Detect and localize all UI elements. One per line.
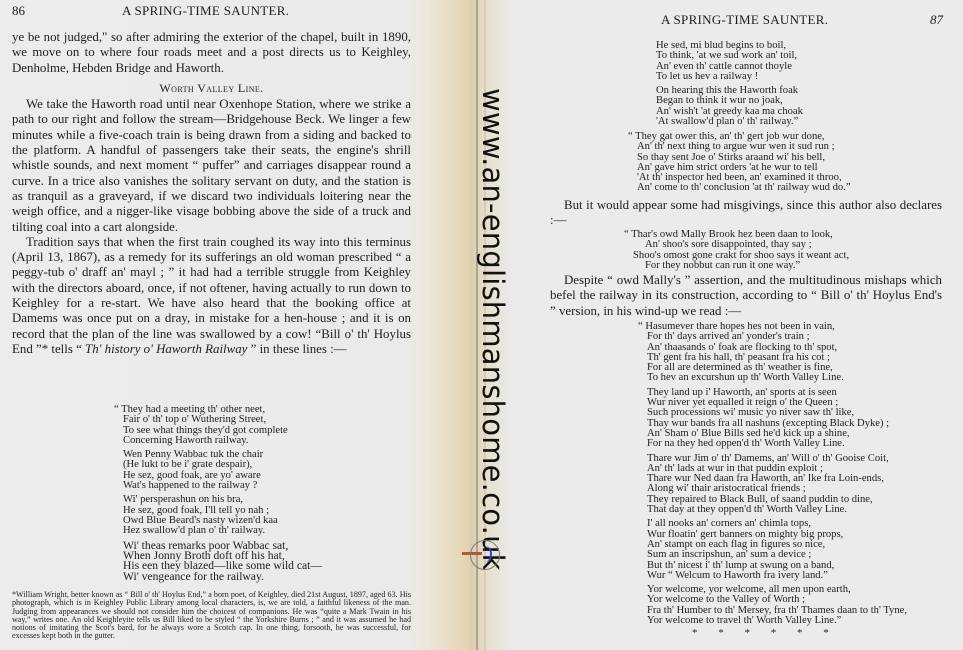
stanza: They land up i' Haworth, an' sports at i… bbox=[638, 388, 907, 450]
poem-2: “ They gat ower this, an' th' gert job w… bbox=[628, 132, 851, 194]
paragraph: We take the Haworth road until near Oxen… bbox=[12, 97, 411, 235]
verse-line: Sum an inscripshun, an' sum a device ; bbox=[638, 550, 907, 560]
paragraph: ye be not judged," so after admiring the… bbox=[12, 30, 411, 76]
section-break: * * * * * * bbox=[692, 627, 838, 639]
verse-line: Wur “ Welcum to Haworth fra ivery land.” bbox=[638, 571, 907, 581]
verse-line: For na they hed oppen'd th' Worth Valley… bbox=[638, 439, 907, 449]
page-number-left: 86 bbox=[12, 3, 25, 19]
verse-line: Wat's happened to the railway ? bbox=[114, 481, 322, 491]
stanza: I' all nooks an' corners an' chimla tops… bbox=[638, 519, 907, 581]
stanza: Wi' theas remarks poor Wabbac sat, When … bbox=[114, 541, 322, 583]
verse-line: 'At swallow'd plan o' th' railway.” bbox=[656, 117, 803, 127]
stanza: He sed, mi blud begins to boil, To think… bbox=[656, 41, 803, 82]
verse-line: Hez swallow'd plan o' th' railway. bbox=[114, 526, 322, 536]
book-spread: 86 A SPRING-TIME SAUNTER. ye be not judg… bbox=[0, 0, 963, 650]
paragraph-text: ” in these lines :— bbox=[247, 342, 346, 356]
footnote: *William Wright, better known as “ Bill … bbox=[12, 591, 411, 641]
stanza: “ Hasumever thare hopes hes not been in … bbox=[638, 322, 907, 384]
section-heading: Worth Valley Line. bbox=[12, 81, 411, 96]
verse-line: Concerning Haworth railway. bbox=[114, 436, 322, 446]
stanza: Yor welcome, yor welcome, all men upon e… bbox=[638, 585, 907, 626]
paragraph-text: Tradition says that when the first train… bbox=[12, 235, 411, 356]
poem-right-continued: He sed, mi blud begins to boil, To think… bbox=[656, 41, 803, 131]
verse-line: Wi' vengeance for the railway. bbox=[114, 572, 322, 582]
stanza: Wi' persperashun on his bra, He sez, goo… bbox=[114, 495, 322, 536]
paragraph: Despite “ owd Mally's ” assertion, and t… bbox=[550, 273, 942, 319]
stanza: “ They had a meeting th' other neet, Fai… bbox=[114, 405, 322, 446]
poem-left: “ They had a meeting th' other neet, Fai… bbox=[114, 405, 322, 586]
verse-line: That day at they oppen'd th' Worth Valle… bbox=[638, 505, 907, 515]
poem-4: “ Hasumever thare hopes hes not been in … bbox=[638, 322, 907, 630]
copyright-logo-icon bbox=[470, 540, 500, 570]
logo-arc bbox=[478, 546, 492, 562]
left-body-text: ye be not judged," so after admiring the… bbox=[12, 30, 411, 357]
page-number-right: 87 bbox=[930, 12, 943, 28]
verse-line: Yor welcome to travel th' Worth Valley L… bbox=[638, 616, 907, 626]
paragraph: Tradition says that when the first train… bbox=[12, 235, 411, 357]
right-page: A SPRING-TIME SAUNTER. 87 He sed, mi blu… bbox=[470, 0, 963, 650]
poem-3: “ Thar's owd Mally Brook hez been daan t… bbox=[624, 230, 849, 271]
poem-title: Th' history o' Haworth Railway bbox=[85, 342, 247, 356]
paragraph-block: But it would appear some had misgivings,… bbox=[550, 198, 942, 229]
verse-line: To let us hev a railway ! bbox=[656, 72, 803, 82]
watermark-url: www.an-englishmanshome.co.uk bbox=[476, 88, 510, 571]
running-head-right: A SPRING-TIME SAUNTER. bbox=[661, 12, 828, 28]
running-head-left: A SPRING-TIME SAUNTER. bbox=[122, 3, 289, 19]
stanza: Wen Penny Wabbac tuk the chair (He lukt … bbox=[114, 450, 322, 491]
stanza: On hearing this the Haworth foak Began t… bbox=[656, 86, 803, 127]
verse-line: An' come to th' conclusion 'at th' railw… bbox=[628, 183, 851, 193]
left-page: 86 A SPRING-TIME SAUNTER. ye be not judg… bbox=[0, 0, 470, 650]
paragraph-block: Despite “ owd Mally's ” assertion, and t… bbox=[550, 273, 942, 319]
verse-line: To hev an excurshun up th' Worth Valley … bbox=[638, 373, 907, 383]
stanza: Thare wur Jim o' th' Damems, an' Will o'… bbox=[638, 454, 907, 516]
paragraph: But it would appear some had misgivings,… bbox=[550, 198, 942, 229]
verse-line: For they nobbut can run it one way.” bbox=[624, 261, 849, 271]
